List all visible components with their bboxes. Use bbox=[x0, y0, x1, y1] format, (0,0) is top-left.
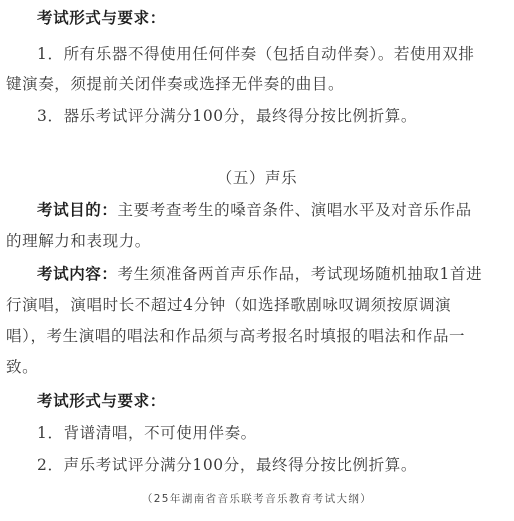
item-number: 1． bbox=[37, 45, 64, 63]
item-number: 2． bbox=[37, 456, 64, 474]
vocal-content-line1: 考试内容：考生须准备两首声乐作品，考试现场随机抽取1首进 bbox=[37, 264, 482, 284]
instrumental-item-3: 3．器乐考试评分满分100分，最终得分按比例折算。 bbox=[37, 106, 417, 126]
vocal-item-2: 2．声乐考试评分满分100分，最终得分按比例折算。 bbox=[37, 455, 417, 475]
item-text: 背谱清唱，不可使用伴奏。 bbox=[64, 424, 257, 442]
purpose-label: 考试目的： bbox=[37, 200, 118, 219]
vocal-purpose-line1: 考试目的：主要考查考生的嗓音条件、演唱水平及对音乐作品 bbox=[37, 200, 472, 220]
instrumental-form-heading: 考试形式与要求： bbox=[37, 8, 166, 28]
vocal-content-line2: 行演唱，演唱时长不超过4分钟（如选择歌剧咏叹调须按原调演 bbox=[6, 295, 451, 315]
document-page: 考试形式与要求： 1．所有乐器不得使用任何伴奏（包括自动伴奏）。若使用双排 键演… bbox=[0, 0, 514, 521]
vocal-form-heading: 考试形式与要求： bbox=[37, 391, 166, 411]
item-number: 3． bbox=[37, 107, 64, 125]
item-text: 所有乐器不得使用任何伴奏（包括自动伴奏）。若使用双排 bbox=[64, 45, 475, 63]
item-text: 器乐考试评分满分100分，最终得分按比例折算。 bbox=[64, 107, 417, 125]
content-label: 考试内容： bbox=[37, 264, 118, 283]
item-number: 1． bbox=[37, 424, 64, 442]
section-title-vocal: （五）声乐 bbox=[0, 168, 514, 188]
vocal-content-line3: 唱），考生演唱的唱法和作品须与高考报名时填报的唱法和作品一 bbox=[6, 326, 465, 346]
instrumental-item-1-line1: 1．所有乐器不得使用任何伴奏（包括自动伴奏）。若使用双排 bbox=[37, 44, 474, 64]
instrumental-item-1-line2: 键演奏，须提前关闭伴奏或选择无伴奏的曲目。 bbox=[6, 74, 344, 94]
vocal-purpose-line2: 的理解力和表现力。 bbox=[6, 231, 151, 251]
item-text: 声乐考试评分满分100分，最终得分按比例折算。 bbox=[64, 456, 417, 474]
vocal-content-line4: 致。 bbox=[6, 357, 38, 377]
purpose-text: 主要考查考生的嗓音条件、演唱水平及对音乐作品 bbox=[118, 201, 472, 219]
content-text: 考生须准备两首声乐作品，考试现场随机抽取1首进 bbox=[118, 265, 483, 283]
footer-caption: （25年湖南省音乐联考音乐教育考试大纲） bbox=[0, 491, 514, 506]
vocal-item-1: 1．背谱清唱，不可使用伴奏。 bbox=[37, 423, 257, 443]
